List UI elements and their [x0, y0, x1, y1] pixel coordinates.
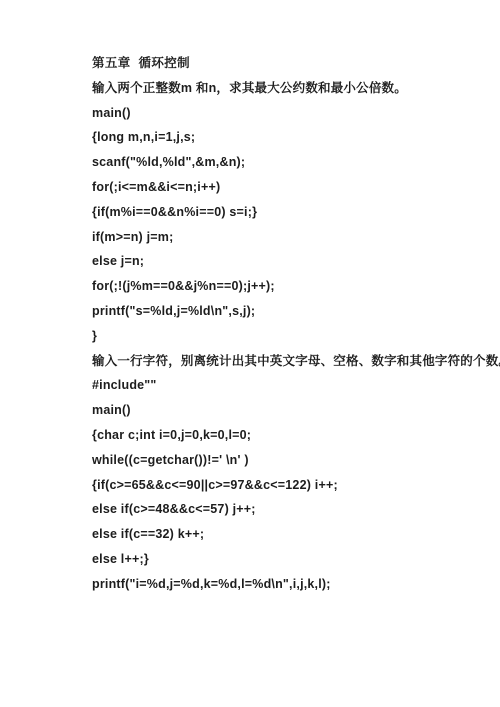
doc-line: printf("i=%d,j=%d,k=%d,l=%d\n",i,j,k,l);: [92, 572, 470, 597]
doc-line: }: [92, 324, 470, 349]
doc-line: printf("s=%ld,j=%ld\n",s,j);: [92, 299, 470, 324]
doc-line: for(;i<=m&&i<=n;i++): [92, 175, 470, 200]
doc-line: scanf("%ld,%ld",&m,&n);: [92, 150, 470, 175]
problem-statement: 输入一行字符，别离统计出其中英文字母、空格、数字和其他字符的个数。: [92, 349, 470, 374]
chapter-heading: 第五章 循环控制: [92, 51, 470, 76]
doc-line: {if(c>=65&&c<=90||c>=97&&c<=122) i++;: [92, 473, 470, 498]
doc-line: else if(c>=48&&c<=57) j++;: [92, 497, 470, 522]
doc-line: {if(m%i==0&&n%i==0) s=i;}: [92, 200, 470, 225]
problem-statement: 输入两个正整数m 和n，求其最大公约数和最小公倍数。: [92, 76, 470, 101]
doc-line: while((c=getchar())!=' \n' ): [92, 448, 470, 473]
doc-line: {long m,n,i=1,j,s;: [92, 125, 470, 150]
doc-line: #include"": [92, 373, 470, 398]
doc-line: if(m>=n) j=m;: [92, 225, 470, 250]
document-page: 第五章 循环控制 输入两个正整数m 和n，求其最大公约数和最小公倍数。 main…: [0, 0, 500, 707]
doc-line: main(): [92, 101, 470, 126]
doc-line: {char c;int i=0,j=0,k=0,l=0;: [92, 423, 470, 448]
doc-line: for(;!(j%m==0&&j%n==0);j++);: [92, 274, 470, 299]
doc-line: main(): [92, 398, 470, 423]
doc-line: else j=n;: [92, 249, 470, 274]
doc-line: else if(c==32) k++;: [92, 522, 470, 547]
doc-line: else l++;}: [92, 547, 470, 572]
document-text-block: 第五章 循环控制 输入两个正整数m 和n，求其最大公约数和最小公倍数。 main…: [92, 51, 470, 597]
